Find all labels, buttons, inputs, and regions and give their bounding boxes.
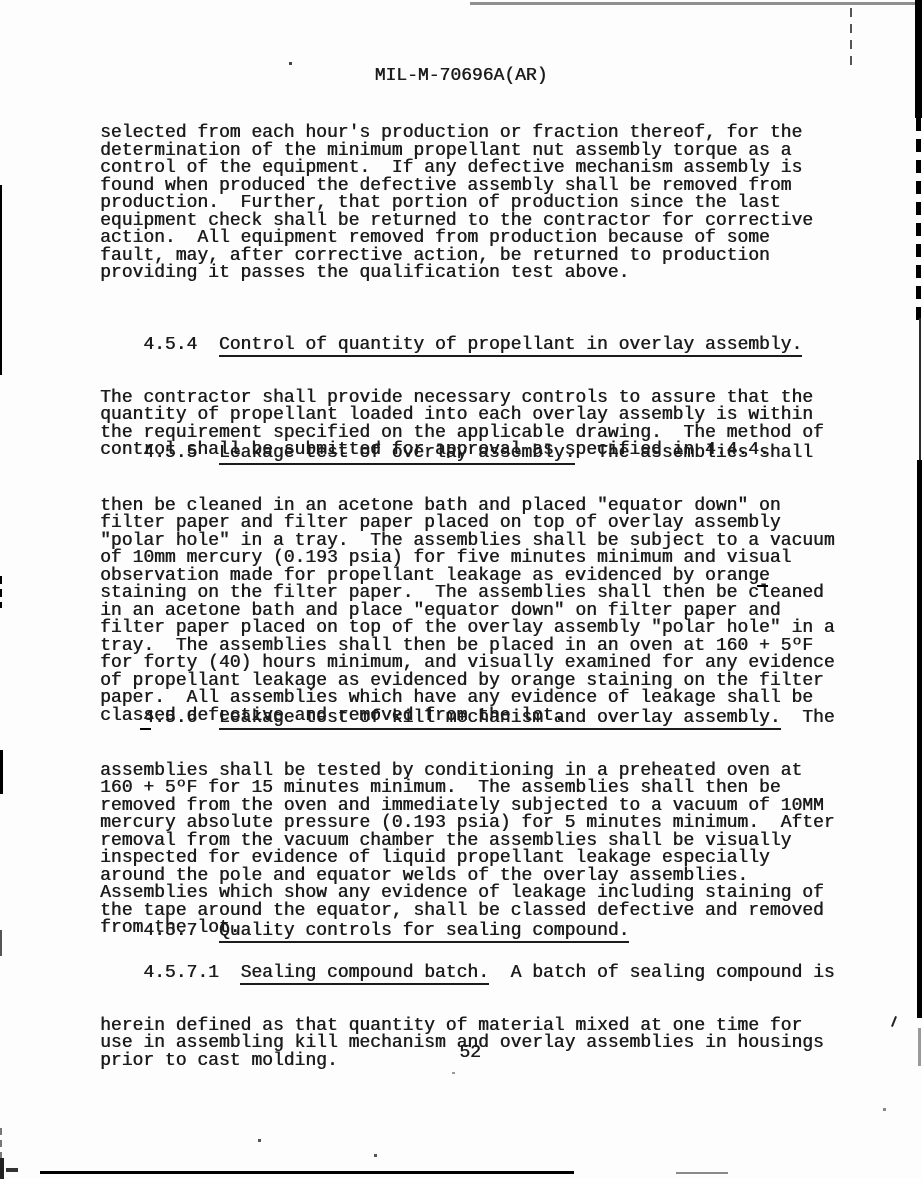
section-heading-tail: A batch of sealing compound is: [489, 963, 835, 983]
scan-artifact-bottom-left-corner: [0, 1158, 4, 1179]
scan-artifact-left-blob: [0, 750, 3, 794]
scan-artifact-top-right-dashes: [850, 8, 852, 70]
scan-artifact-speck-5: [452, 1072, 455, 1074]
section-heading-tail: The: [781, 708, 835, 728]
page-number: 52: [9, 1045, 922, 1063]
scan-artifact-right-edge-thin: [919, 318, 921, 463]
scan-artifact-left-edge-line: [0, 185, 2, 375]
section-4-5-4-heading: 4.5.4 Control of quantity of propellant …: [100, 337, 824, 355]
scan-artifact-left-dash-2: [0, 930, 2, 956]
scan-artifact-speck-2: [258, 1139, 261, 1142]
scan-artifact-speck-1: [289, 62, 292, 65]
section-heading-tail: The assemblies shall: [575, 443, 813, 463]
section-number: 4.5.5: [100, 443, 219, 463]
section-title: Sealing compound batch.: [240, 963, 488, 985]
section-title: Leakage test of overlay assembly.: [219, 443, 575, 465]
section-title: Control of quantity of propellant in ove…: [219, 335, 802, 357]
section-number: 4.5.4: [100, 335, 219, 355]
paragraph-intro: selected from each hour's production or …: [100, 125, 813, 283]
section-number: 4.5.7.1: [100, 963, 240, 983]
scan-artifact-right-edge-strip: [917, 460, 922, 1018]
scan-artifact-right-edge-top: [915, 0, 922, 118]
document-page: { "page": { "header": "MIL-M-70696A(AR)"…: [0, 0, 922, 1179]
scan-artifact-plus-underbar-2: [140, 728, 151, 730]
section-4-5-7-1: 4.5.7.1 Sealing compound batch. A batch …: [100, 930, 835, 1088]
section-4-5-5-heading: 4.5.5 Leakage test of overlay assembly. …: [100, 445, 835, 463]
scan-artifact-bottom-left-dash: [6, 1168, 18, 1172]
section-4-5-6-heading: 4.5.6 Leakage test of kill mechanism and…: [100, 710, 835, 728]
scan-artifact-left-dash-3: [0, 1128, 2, 1162]
section-number: 4.5.6: [100, 708, 219, 728]
document-number-header: MIL-M-70696A(AR): [0, 68, 922, 86]
section-4-5-7-1-heading: 4.5.7.1 Sealing compound batch. A batch …: [100, 965, 835, 983]
scan-artifact-squiggle: [891, 1016, 897, 1027]
scan-artifact-right-edge-gray: [918, 1028, 921, 1066]
scan-artifact-left-dash-1: [0, 576, 2, 608]
scan-artifact-bottom-line: [40, 1171, 574, 1174]
scan-artifact-bottom-line-gray: [676, 1172, 728, 1174]
scan-artifact-speck-4: [883, 1108, 886, 1111]
scan-artifact-speck-3: [374, 1154, 377, 1157]
scan-artifact-right-edge-dashes: [916, 118, 921, 320]
section-title: Leakage test of kill mechanism and overl…: [219, 708, 781, 730]
scan-artifact-plus-underbar-1: [757, 585, 768, 587]
scan-artifact-top-line: [470, 2, 922, 5]
